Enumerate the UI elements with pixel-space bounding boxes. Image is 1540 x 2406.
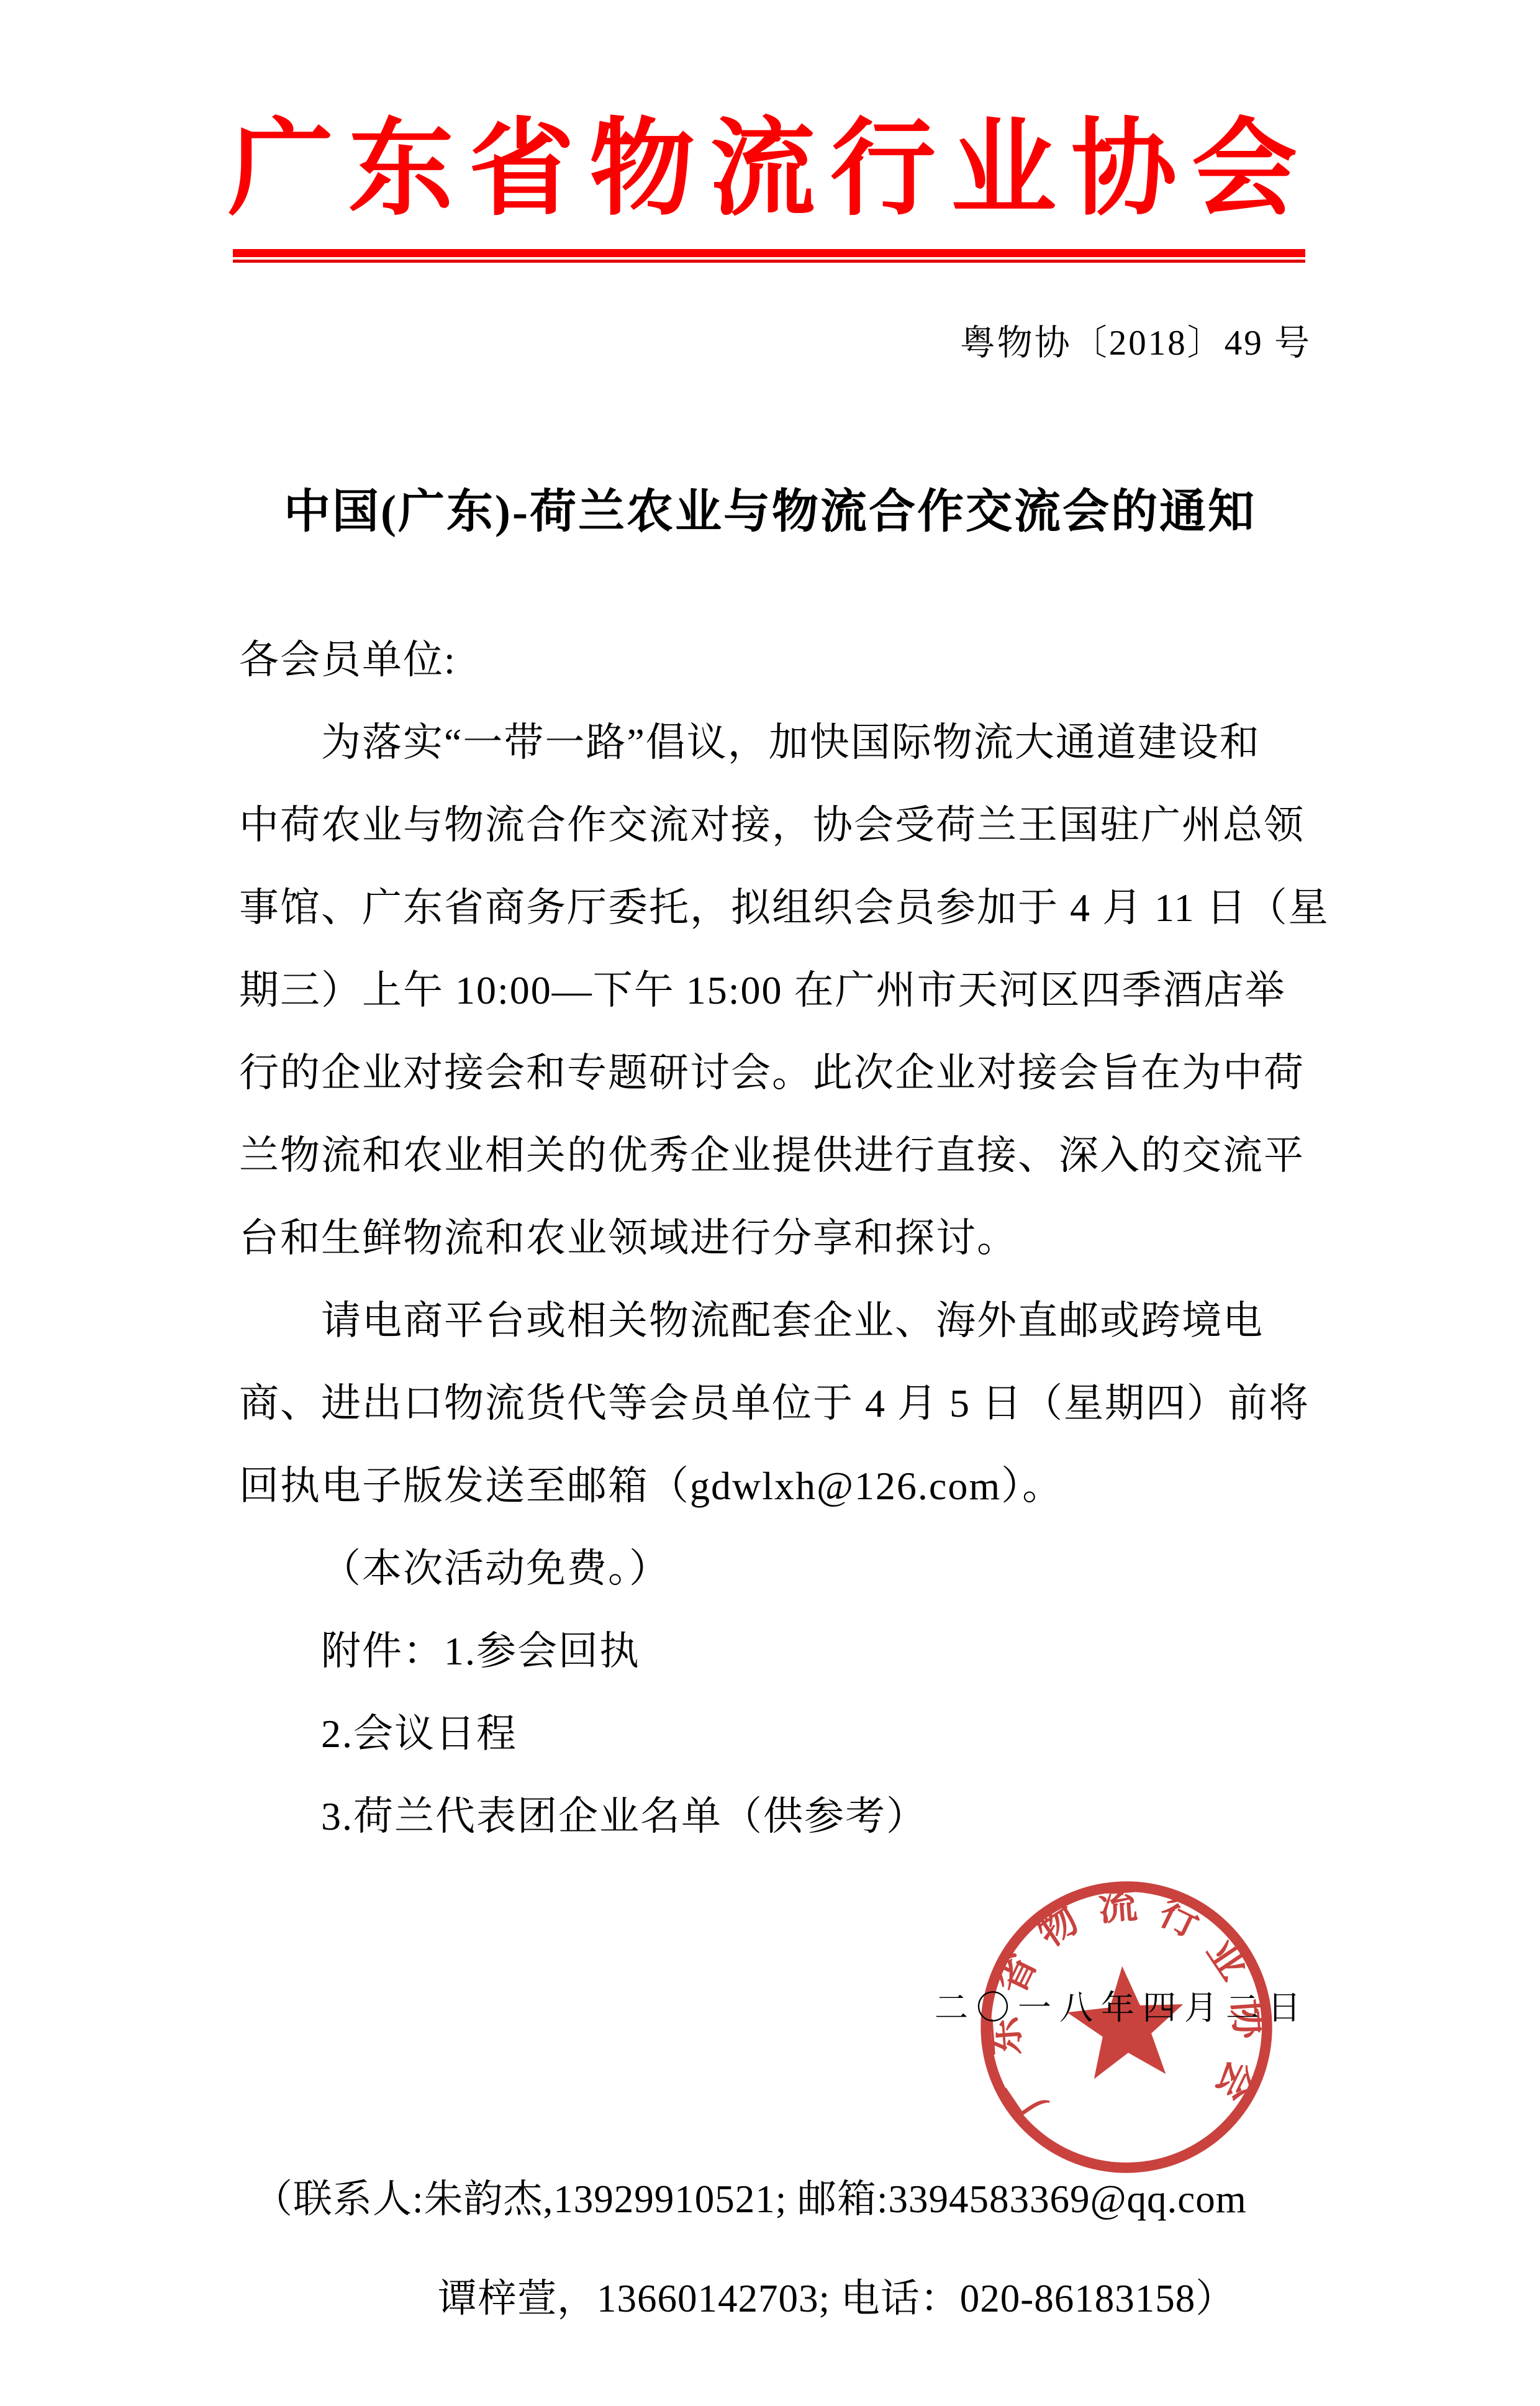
body-line: 为落实“一带一路”倡议，加快国际物流大通道建设和 [239, 701, 1261, 784]
body-line: 台和生鲜物流和农业领域进行分享和探讨。 [239, 1197, 1018, 1279]
letterhead-double-rule [233, 249, 1305, 263]
free-of-charge-note: （本次活动免费。） [239, 1527, 670, 1610]
body-line: 事馆、广东省商务厅委托，拟组织会员参加于 4 月 11 日（星 [239, 866, 1329, 949]
document-number: 粤物协〔2018〕49 号 [960, 314, 1311, 365]
contact-line-2: 谭梓萱，13660142703; 电话：020-86183158） [438, 2267, 1235, 2323]
rule-thick-bar [233, 249, 1305, 257]
body-line: 中荷农业与物流合作交流对接，协会受荷兰王国驻广州总领 [239, 784, 1305, 866]
body-line: 兰物流和农业相关的优秀企业提供进行直接、深入的交流平 [239, 1114, 1305, 1197]
salutation: 各会员单位: [239, 619, 456, 701]
letterhead-org-name: 广东省物流行业协会 [0, 117, 1540, 222]
issue-date: 二〇一八年四月二日 [935, 1981, 1309, 2029]
body-line: 期三）上午 10:00—下午 15:00 在广州市天河区四季酒店举 [239, 949, 1286, 1032]
body-line: 回执电子版发送至邮箱（gdwlxh@126.com）。 [239, 1445, 1063, 1527]
contact-line-1: （联系人:朱韵杰,13929910521; 邮箱:3394583369@qq.c… [253, 2168, 1247, 2224]
notice-title: 中国(广东)-荷兰农业与物流合作交流会的通知 [0, 474, 1540, 541]
body-line: 行的企业对接会和专题研讨会。此次企业对接会旨在为中荷 [239, 1032, 1305, 1114]
attachment-line-2: 2.会议日程 [239, 1692, 517, 1775]
attachment-line-3: 3.荷兰代表团企业名单（供参考） [239, 1775, 927, 1858]
body-line: 商、进出口物流货代等会员单位于 4 月 5 日（星期四）前将 [239, 1362, 1310, 1445]
body-line: 请电商平台或相关物流配套企业、海外直邮或跨境电 [239, 1279, 1264, 1362]
official-notice-document: { "colors": { "header_red": "#fb0000", "… [0, 0, 1540, 2406]
rule-thin-bar [233, 260, 1305, 263]
attachment-line-1: 附件：1.参会回执 [239, 1610, 640, 1692]
